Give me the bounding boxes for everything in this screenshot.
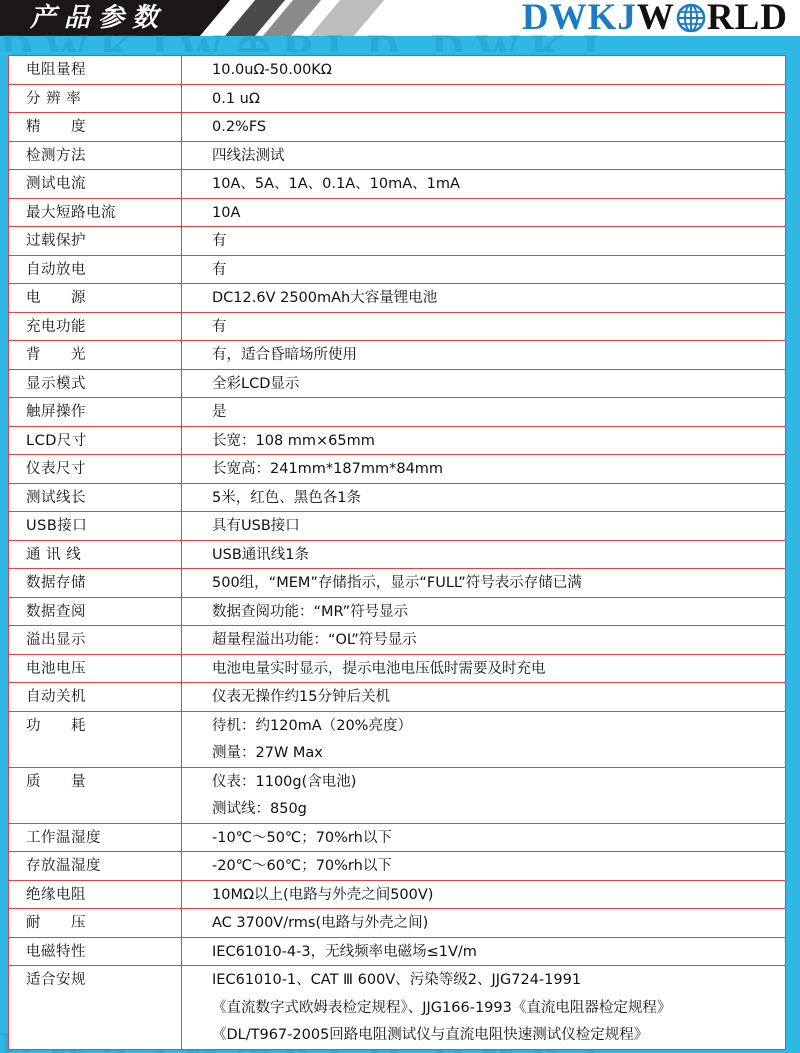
spec-value-cell: IEC61010-1、CAT Ⅲ 600V、污染等级2、JJG724-1991《… <box>182 966 786 1050</box>
spec-row: 充电功能有 <box>9 312 786 341</box>
spec-label: 存放温湿度 <box>26 852 181 880</box>
spec-label-cell: 测试线长 <box>9 483 182 512</box>
spec-value: IEC61010-4-3，无线频率电磁场≤1V/m <box>212 938 785 966</box>
spec-label-cell: 仪表尺寸 <box>9 455 182 484</box>
spec-value: 10.0uΩ-50.00KΩ <box>212 56 785 84</box>
spec-value-cell: 0.2%FS <box>182 113 786 142</box>
spec-label: 电磁特性 <box>26 938 181 966</box>
spec-label: 耐 压 <box>26 909 181 937</box>
spec-value: -20℃～60℃；70%rh以下 <box>212 852 785 880</box>
spec-label: 过载保护 <box>26 227 181 255</box>
spec-label: 数据查阅 <box>26 598 181 626</box>
spec-value: 10A <box>212 199 785 227</box>
spec-label: 电阻量程 <box>26 56 181 84</box>
spec-value-cell: 仪表：1100g(含电池)测试线：850g <box>182 767 786 823</box>
spec-value: 待机：约120mA（20%亮度） <box>212 712 785 740</box>
spec-value-cell: 有 <box>182 312 786 341</box>
spec-value-cell: 10.0uΩ-50.00KΩ <box>182 56 786 85</box>
spec-value-cell: 有 <box>182 227 786 256</box>
spec-label-cell: 数据查阅 <box>9 597 182 626</box>
spec-value-cell: 电池电量实时显示，提示电池电压低时需要及时充电 <box>182 654 786 683</box>
spec-value-cell: 10A <box>182 198 786 227</box>
spec-value: 仪表：1100g(含电池) <box>212 768 785 796</box>
spec-value: DC12.6V 2500mAh大容量锂电池 <box>212 284 785 312</box>
spec-table: 电阻量程10.0uΩ-50.00KΩ分 辨 率0.1 uΩ精 度0.2%FS检测… <box>8 55 786 1050</box>
spec-row: 精 度0.2%FS <box>9 113 786 142</box>
spec-label-cell: 显示模式 <box>9 369 182 398</box>
spec-label-cell: 分 辨 率 <box>9 84 182 113</box>
spec-value-cell: 0.1 uΩ <box>182 84 786 113</box>
spec-row: 工作温湿度-10℃～50℃；70%rh以下 <box>9 823 786 852</box>
spec-label-cell: 数据存储 <box>9 569 182 598</box>
spec-value-cell: 待机：约120mA（20%亮度）测量：27W Max <box>182 711 786 767</box>
spec-row: 存放温湿度-20℃～60℃；70%rh以下 <box>9 852 786 881</box>
spec-label-cell: 电阻量程 <box>9 56 182 85</box>
spec-row: 测试电流10A、5A、1A、0.1A、10mA、1mA <box>9 170 786 199</box>
spec-label: 适合安规 <box>26 966 181 994</box>
spec-value: 长宽高：241mm*187mm*84mm <box>212 455 785 483</box>
spec-value-cell: 四线法测试 <box>182 141 786 170</box>
globe-icon <box>676 3 706 33</box>
spec-value-cell: 长宽高：241mm*187mm*84mm <box>182 455 786 484</box>
spec-row: 显示模式全彩LCD显示 <box>9 369 786 398</box>
spec-value: 有 <box>212 227 785 255</box>
spec-label-cell: 电磁特性 <box>9 937 182 966</box>
spec-label: LCD尺寸 <box>26 427 181 455</box>
spec-value: 10A、5A、1A、0.1A、10mA、1mA <box>212 170 785 198</box>
spec-label: 背 光 <box>26 341 181 369</box>
spec-value-cell: 有，适合昏暗场所使用 <box>182 341 786 370</box>
spec-label: 电池电压 <box>26 655 181 683</box>
spec-row: 测试线长5米，红色、黑色各1条 <box>9 483 786 512</box>
spec-label-cell: USB接口 <box>9 512 182 541</box>
spec-row: 自动关机仪表无操作约15分钟后关机 <box>9 683 786 712</box>
spec-value: AC 3700V/rms(电路与外壳之间) <box>212 909 785 937</box>
spec-value: 仪表无操作约15分钟后关机 <box>212 683 785 711</box>
spec-value: 《直流数字式欧姆表检定规程》、JJG166-1993《直流电阻器检定规程》 <box>212 994 785 1022</box>
spec-label: 电 源 <box>26 284 181 312</box>
spec-label: 充电功能 <box>26 313 181 341</box>
spec-value-cell: 10MΩ以上(电路与外壳之间500V) <box>182 880 786 909</box>
spec-label-cell: 精 度 <box>9 113 182 142</box>
spec-row: 功 耗待机：约120mA（20%亮度）测量：27W Max <box>9 711 786 767</box>
spec-value-cell: 5米，红色、黑色各1条 <box>182 483 786 512</box>
spec-row: 溢出显示超量程溢出功能：“OL”符号显示 <box>9 626 786 655</box>
spec-row: 分 辨 率0.1 uΩ <box>9 84 786 113</box>
spec-label-cell: 通 讯 线 <box>9 540 182 569</box>
spec-row: USB接口具有USB接口 <box>9 512 786 541</box>
spec-value: 是 <box>212 398 785 426</box>
spec-value-cell: 全彩LCD显示 <box>182 369 786 398</box>
spec-row: 最大短路电流10A <box>9 198 786 227</box>
spec-label-cell: 溢出显示 <box>9 626 182 655</box>
spec-value: 5米，红色、黑色各1条 <box>212 484 785 512</box>
spec-label-cell: 测试电流 <box>9 170 182 199</box>
spec-value: 《DL/T967-2005回路电阻测试仪与直流电阻快速测试仪检定规程》 <box>212 1021 785 1049</box>
spec-label: 数据存储 <box>26 569 181 597</box>
spec-value: 电池电量实时显示，提示电池电压低时需要及时充电 <box>212 655 785 683</box>
spec-value: IEC61010-1、CAT Ⅲ 600V、污染等级2、JJG724-1991 <box>212 966 785 994</box>
spec-value-cell: 具有USB接口 <box>182 512 786 541</box>
spec-label: 仪表尺寸 <box>26 455 181 483</box>
spec-row: 背 光有，适合昏暗场所使用 <box>9 341 786 370</box>
spec-value: 数据查阅功能：“MR”符号显示 <box>212 598 785 626</box>
spec-value: 测试线：850g <box>212 795 785 823</box>
spec-row: 仪表尺寸长宽高：241mm*187mm*84mm <box>9 455 786 484</box>
spec-value-cell: USB通讯线1条 <box>182 540 786 569</box>
spec-row: 数据查阅数据查阅功能：“MR”符号显示 <box>9 597 786 626</box>
spec-value-cell: 数据查阅功能：“MR”符号显示 <box>182 597 786 626</box>
spec-label-cell: 绝缘电阻 <box>9 880 182 909</box>
spec-value: 四线法测试 <box>212 142 785 170</box>
spec-value: 测量：27W Max <box>212 739 785 767</box>
spec-row: 电池电压电池电量实时显示，提示电池电压低时需要及时充电 <box>9 654 786 683</box>
spec-value: 500组，“MEM”存储指示，显示“FULL”符号表示存储已满 <box>212 569 785 597</box>
spec-label-cell: 质 量 <box>9 767 182 823</box>
spec-label-cell: 存放温湿度 <box>9 852 182 881</box>
spec-label: 测试线长 <box>26 484 181 512</box>
spec-label-cell: 过载保护 <box>9 227 182 256</box>
spec-row: 过载保护有 <box>9 227 786 256</box>
spec-row: 通 讯 线USB通讯线1条 <box>9 540 786 569</box>
spec-label-cell: 工作温湿度 <box>9 823 182 852</box>
spec-label: 自动关机 <box>26 683 181 711</box>
spec-label-cell: 触屏操作 <box>9 398 182 427</box>
spec-value-cell: 长宽：108 mm×65mm <box>182 426 786 455</box>
spec-label-cell: 电池电压 <box>9 654 182 683</box>
spec-value: 全彩LCD显示 <box>212 370 785 398</box>
spec-label: 通 讯 线 <box>26 541 181 569</box>
spec-value-cell: AC 3700V/rms(电路与外壳之间) <box>182 909 786 938</box>
spec-value-cell: 是 <box>182 398 786 427</box>
watermark-top: DWKJW⊕RLD DWKJ <box>0 30 800 52</box>
spec-label: 绝缘电阻 <box>26 881 181 909</box>
spec-label-cell: 充电功能 <box>9 312 182 341</box>
spec-value-cell: 仪表无操作约15分钟后关机 <box>182 683 786 712</box>
spec-row: 自动放电有 <box>9 255 786 284</box>
spec-value-cell: 500组，“MEM”存储指示，显示“FULL”符号表示存储已满 <box>182 569 786 598</box>
spec-label: USB接口 <box>26 512 181 540</box>
spec-row: 适合安规IEC61010-1、CAT Ⅲ 600V、污染等级2、JJG724-1… <box>9 966 786 1050</box>
spec-row: 检测方法四线法测试 <box>9 141 786 170</box>
spec-label-cell: 耐 压 <box>9 909 182 938</box>
spec-label: 检测方法 <box>26 142 181 170</box>
spec-value-cell: DC12.6V 2500mAh大容量锂电池 <box>182 284 786 313</box>
spec-label: 工作温湿度 <box>26 824 181 852</box>
spec-label-cell: 自动放电 <box>9 255 182 284</box>
spec-value-cell: 有 <box>182 255 786 284</box>
spec-label: 溢出显示 <box>26 626 181 654</box>
spec-label: 最大短路电流 <box>26 199 181 227</box>
spec-label: 分 辨 率 <box>26 85 181 113</box>
spec-value-cell: -10℃～50℃；70%rh以下 <box>182 823 786 852</box>
spec-label-cell: 背 光 <box>9 341 182 370</box>
spec-row: 电阻量程10.0uΩ-50.00KΩ <box>9 56 786 85</box>
spec-value: 10MΩ以上(电路与外壳之间500V) <box>212 881 785 909</box>
spec-label: 功 耗 <box>26 712 181 740</box>
spec-label-cell: LCD尺寸 <box>9 426 182 455</box>
spec-value-cell: -20℃～60℃；70%rh以下 <box>182 852 786 881</box>
spec-value: 超量程溢出功能：“OL”符号显示 <box>212 626 785 654</box>
spec-value-cell: IEC61010-4-3，无线频率电磁场≤1V/m <box>182 937 786 966</box>
spec-row: 数据存储500组，“MEM”存储指示，显示“FULL”符号表示存储已满 <box>9 569 786 598</box>
spec-label: 自动放电 <box>26 256 181 284</box>
spec-value: 有 <box>212 256 785 284</box>
spec-row: LCD尺寸长宽：108 mm×65mm <box>9 426 786 455</box>
spec-row: 电磁特性IEC61010-4-3，无线频率电磁场≤1V/m <box>9 937 786 966</box>
spec-label-cell: 电 源 <box>9 284 182 313</box>
spec-value: 具有USB接口 <box>212 512 785 540</box>
spec-label: 显示模式 <box>26 370 181 398</box>
spec-value-cell: 超量程溢出功能：“OL”符号显示 <box>182 626 786 655</box>
spec-row: 触屏操作是 <box>9 398 786 427</box>
spec-row: 绝缘电阻10MΩ以上(电路与外壳之间500V) <box>9 880 786 909</box>
spec-label: 触屏操作 <box>26 398 181 426</box>
spec-label: 测试电流 <box>26 170 181 198</box>
spec-value-cell: 10A、5A、1A、0.1A、10mA、1mA <box>182 170 786 199</box>
spec-value: -10℃～50℃；70%rh以下 <box>212 824 785 852</box>
spec-label-cell: 检测方法 <box>9 141 182 170</box>
spec-label-cell: 适合安规 <box>9 966 182 1050</box>
spec-row: 电 源DC12.6V 2500mAh大容量锂电池 <box>9 284 786 313</box>
spec-label: 质 量 <box>26 768 181 796</box>
spec-row: 质 量仪表：1100g(含电池)测试线：850g <box>9 767 786 823</box>
spec-value: 有，适合昏暗场所使用 <box>212 341 785 369</box>
spec-label-cell: 功 耗 <box>9 711 182 767</box>
spec-label-cell: 自动关机 <box>9 683 182 712</box>
spec-value: 0.1 uΩ <box>212 85 785 113</box>
spec-row: 耐 压AC 3700V/rms(电路与外壳之间) <box>9 909 786 938</box>
spec-value: USB通讯线1条 <box>212 541 785 569</box>
spec-value: 有 <box>212 313 785 341</box>
spec-value: 0.2%FS <box>212 113 785 141</box>
spec-label-cell: 最大短路电流 <box>9 198 182 227</box>
spec-label: 精 度 <box>26 113 181 141</box>
spec-value: 长宽：108 mm×65mm <box>212 427 785 455</box>
